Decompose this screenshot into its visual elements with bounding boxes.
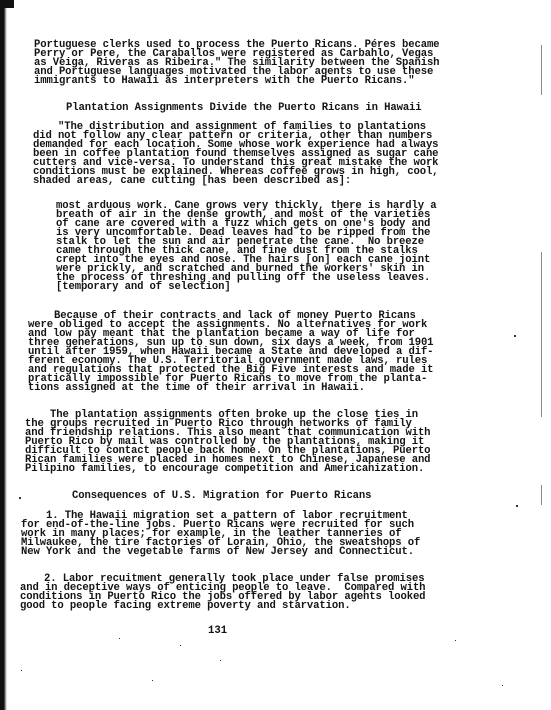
scanned-page: Portuguese clerks used to process the Pu… bbox=[0, 0, 551, 710]
scan-speck bbox=[502, 685, 503, 686]
scan-speck bbox=[455, 640, 456, 641]
text-line: tions assigned at the time of their arri… bbox=[28, 383, 365, 394]
scan-speck bbox=[119, 638, 120, 639]
text-line: shaded areas, cane cutting [has been des… bbox=[33, 176, 351, 187]
section-heading-consequences: Consequences of U.S. Migration for Puert… bbox=[72, 491, 371, 502]
scan-speck bbox=[514, 335, 516, 337]
scan-speck bbox=[516, 505, 518, 507]
scan-speck bbox=[19, 497, 21, 499]
section-heading-plantation-assignments: Plantation Assignments Divide the Puerto… bbox=[66, 103, 422, 114]
scan-speck bbox=[21, 670, 22, 671]
text-line: New York and the vegetable farms of New … bbox=[21, 547, 414, 558]
text-line: immigrants to Hawaii as interpreters wit… bbox=[34, 76, 414, 87]
scan-shadow-left-edge bbox=[0, 0, 7, 710]
right-margin-rule bbox=[541, 485, 542, 505]
scan-speck bbox=[152, 680, 153, 681]
scan-speck bbox=[180, 645, 181, 646]
text-line: good to people facing extreme poverty an… bbox=[20, 601, 351, 612]
scan-speck bbox=[220, 660, 221, 661]
scan-shadow-top-corner bbox=[0, 0, 14, 8]
page-number: 131 bbox=[208, 625, 227, 637]
right-margin-rule bbox=[541, 45, 542, 95]
text-line: Pilipino families, to encourage competit… bbox=[25, 464, 424, 475]
text-line: [temporary and of selection] bbox=[56, 282, 231, 293]
right-margin-rule bbox=[541, 252, 542, 417]
